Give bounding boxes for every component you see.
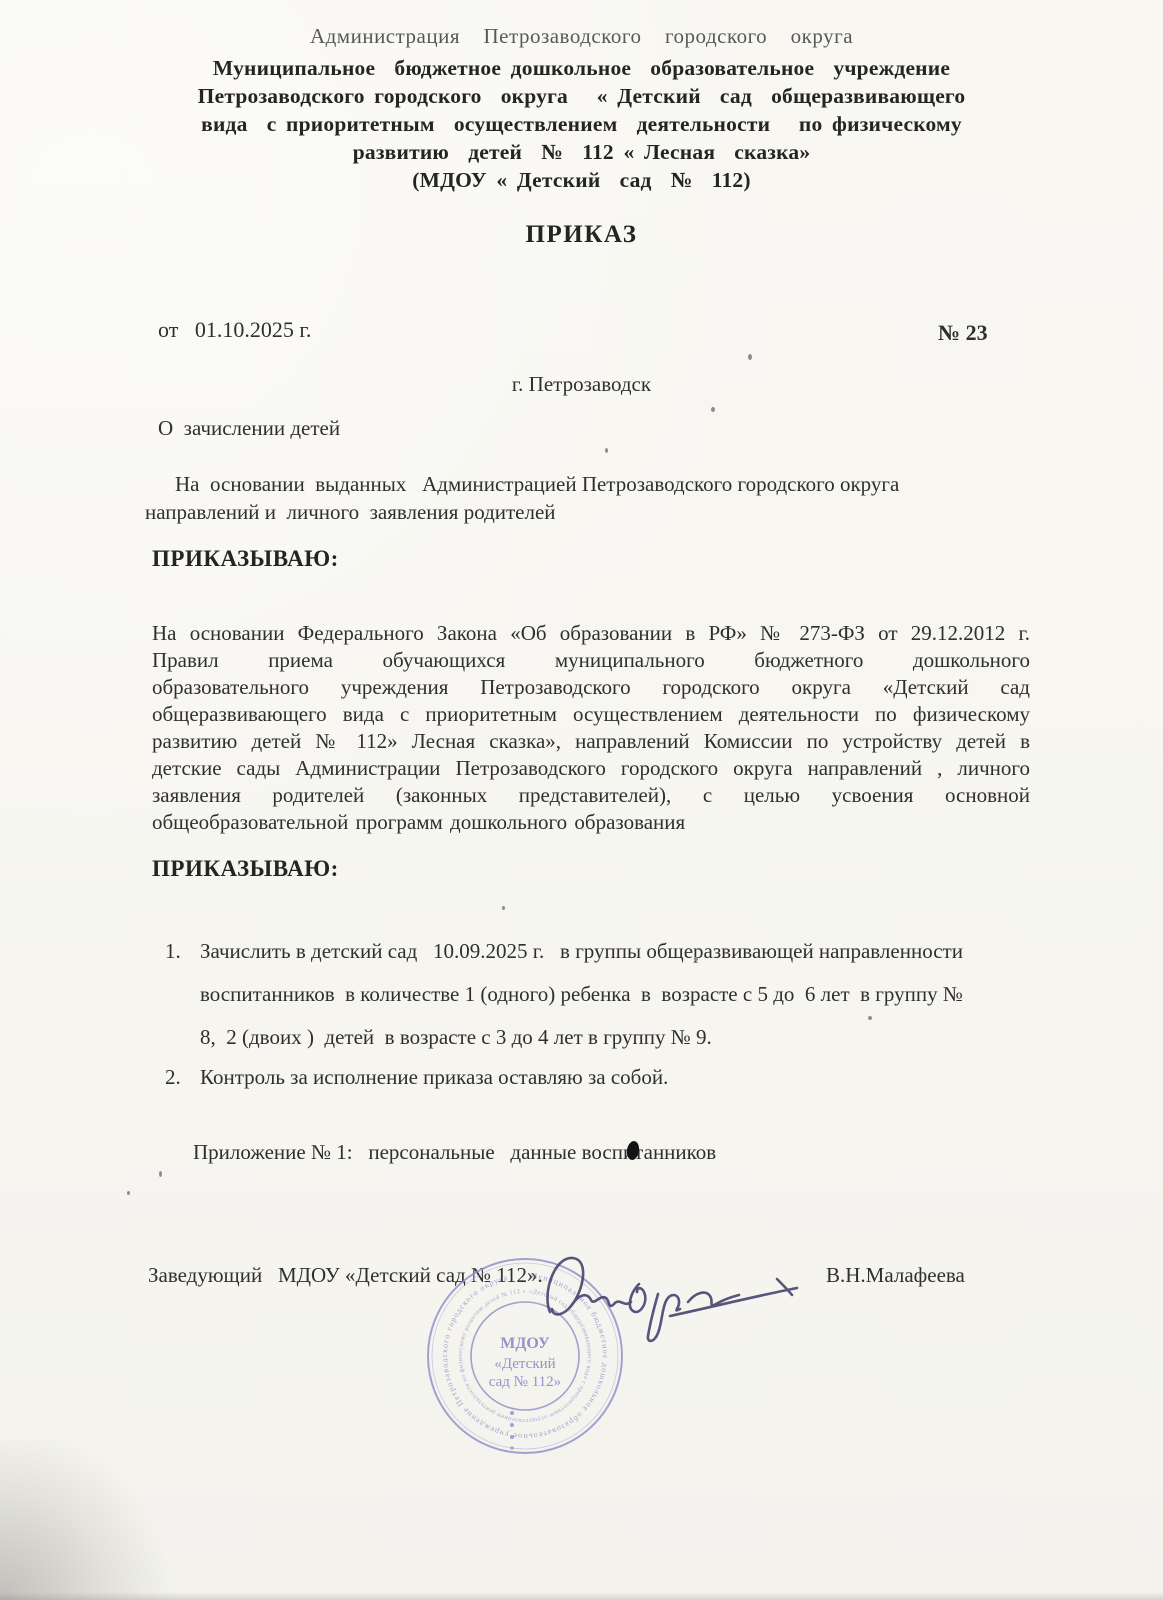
legal-line: развитию детей № 112» Лесная сказка», на… xyxy=(152,728,1030,755)
legal-line: образовательного учреждения Петрозаводск… xyxy=(152,674,1030,701)
scan-edge-shadow xyxy=(0,1592,1163,1600)
org-name-line: (МДОУ « Детский сад № 112) xyxy=(0,166,1163,194)
order-item-2: 2. Контроль за исполнение приказа оставл… xyxy=(165,1062,1030,1092)
org-name-line: вида с приоритетным осуществлением деяте… xyxy=(0,110,1163,138)
order-items: 1. Зачислить в детский сад 10.09.2025 г.… xyxy=(165,930,1030,1092)
prikazyvayu-heading-2: ПРИКАЗЫВАЮ: xyxy=(152,856,339,882)
item-text: Контроль за исполнение приказа оставляю … xyxy=(200,1062,1030,1092)
legal-line: Правил приема обучающихся муниципального… xyxy=(152,647,1030,674)
legal-line: общеобразовательной программ дошкольного… xyxy=(152,809,1030,836)
legal-line: заявления родителей (законных представит… xyxy=(152,782,1030,809)
org-name-line: развитию детей № 112 « Лесная сказка» xyxy=(0,138,1163,166)
legal-line: общеразвивающего вида с приоритетным осу… xyxy=(152,701,1030,728)
signature-stroke xyxy=(648,1294,680,1341)
item-text: Зачислить в детский сад 10.09.2025 г. в … xyxy=(200,930,1030,1059)
scan-speck xyxy=(711,407,715,412)
stamp-center-line: сад № 112» xyxy=(489,1374,561,1390)
item-line: Контроль за исполнение приказа оставляю … xyxy=(200,1062,1030,1092)
org-name-line: Петрозаводского городского округа « Детс… xyxy=(0,82,1163,110)
stamp-center-line: «Детский xyxy=(494,1356,555,1372)
scan-speck xyxy=(159,1171,162,1177)
legal-paragraph: На основании Федерального Закона «Об обр… xyxy=(152,620,1030,836)
item-line: 8, 2 (двоих ) детей в возрасте с 3 до 4 … xyxy=(200,1016,1030,1059)
item-line: воспитанников в количестве 1 (одного) ре… xyxy=(200,973,1030,1016)
basis-line: направлений и личного заявления родителе… xyxy=(145,498,1025,526)
scan-corner-shadow xyxy=(0,1440,190,1600)
order-number: № 23 xyxy=(938,320,988,346)
signature-stroke xyxy=(547,1258,583,1315)
basis-line: На основании выданных Администрацией Пет… xyxy=(145,470,1025,498)
item-number: 1. xyxy=(165,930,200,1059)
document-page: Администрация Петрозаводского городского… xyxy=(0,0,1163,1600)
basis-paragraph: На основании выданных Администрацией Пет… xyxy=(145,470,1025,526)
scan-speck xyxy=(605,448,608,453)
order-city: г. Петрозаводск xyxy=(0,372,1163,397)
scan-speck xyxy=(127,1191,130,1195)
order-item-1: 1. Зачислить в детский сад 10.09.2025 г.… xyxy=(165,930,1030,1059)
scan-speck xyxy=(502,906,505,910)
item-line: Зачислить в детский сад 10.09.2025 г. в … xyxy=(200,930,1030,973)
org-name-block: Муниципальное бюджетное дошкольное образ… xyxy=(0,54,1163,194)
issuing-authority: Администрация Петрозаводского городского… xyxy=(0,24,1163,49)
order-title: ПРИКАЗ xyxy=(0,221,1163,249)
signature xyxy=(520,1248,820,1358)
legal-line: На основании Федерального Закона «Об обр… xyxy=(152,620,1030,647)
org-name-line: Муниципальное бюджетное дошкольное образ… xyxy=(0,54,1163,82)
scan-speck xyxy=(868,1016,872,1020)
signatory-name: В.Н.Малафеева xyxy=(826,1263,965,1288)
legal-line: детские сады Администрации Петрозаводско… xyxy=(152,755,1030,782)
scan-speck xyxy=(748,354,752,360)
signature-stroke xyxy=(571,1295,631,1306)
item-number: 2. xyxy=(165,1062,200,1092)
scan-speck xyxy=(694,957,698,961)
signature-stroke xyxy=(630,1284,645,1312)
order-date: от 01.10.2025 г. xyxy=(158,317,311,343)
prikazyvayu-heading-1: ПРИКАЗЫВАЮ: xyxy=(152,546,339,572)
order-subject: О зачислении детей xyxy=(158,416,340,441)
